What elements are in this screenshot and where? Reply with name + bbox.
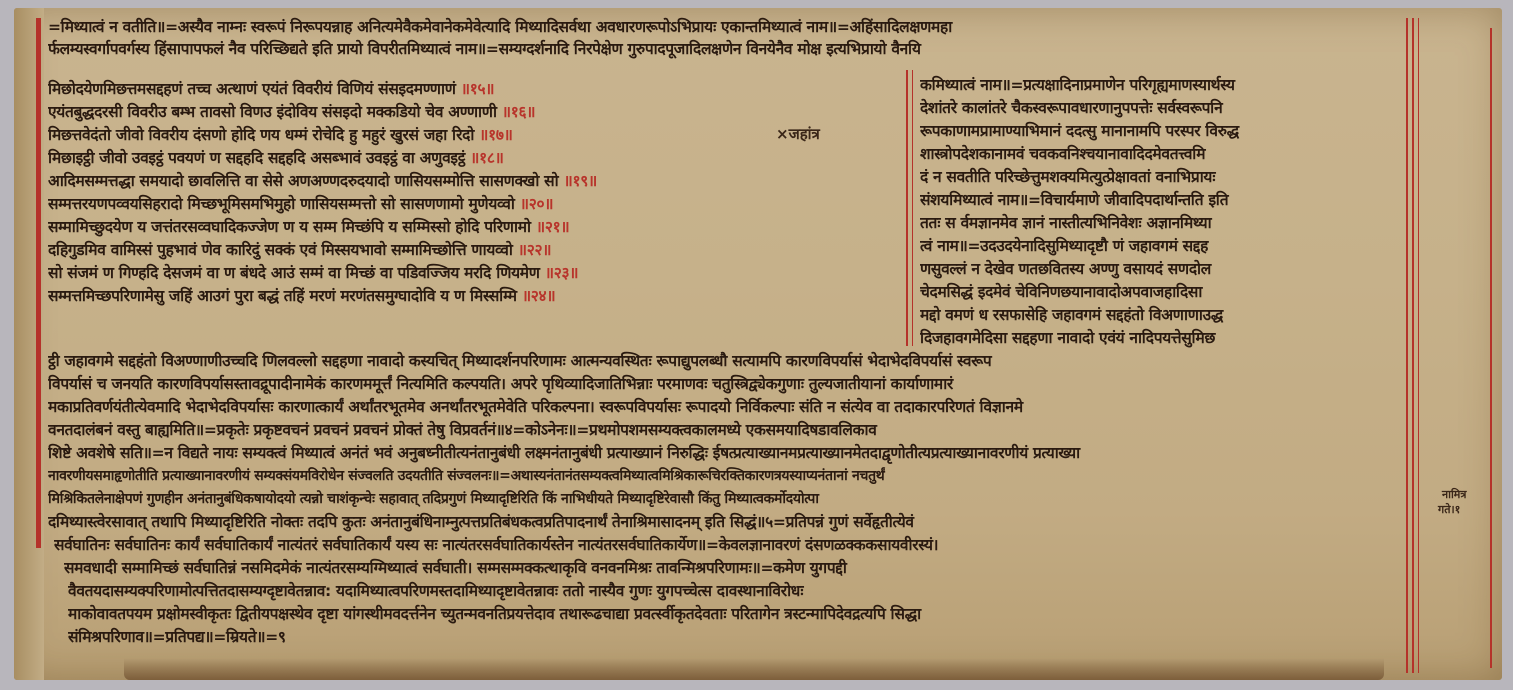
verse-line: दहिगुडमिव वामिस्सं पुहभावं णेव कारिदुं स… [48, 239, 908, 261]
verse-line: मिछत्तवेदंतो जीवो विवरीय दंसणो होदि णय ध… [48, 124, 778, 146]
bottom-line: समवधादी सम्मामिच्छं सर्वघातिन्नं नसमिदमे… [64, 557, 1404, 579]
left-margin-rule [36, 18, 41, 548]
verse-line: सो संजमं ण गिण्हदि देसजमं वा ण बंधदे आउं… [48, 262, 908, 284]
right-margin-rule-2 [1412, 18, 1414, 673]
verse-text: दहिगुडमिव वामिस्सं पुहभावं णेव कारिदुं स… [48, 241, 513, 259]
verse-line: आदिमसम्मत्तद्धा समयादो छावलित्ति वा सेसे… [48, 170, 908, 192]
commentary-line: त्वं नाम॥=उदउदयेनादिसुमिथ्यादृष्टौ णं जह… [920, 235, 1404, 257]
bottom-line: सर्वघातिनः सर्वघातिनः कार्यं सर्वघातिकार… [54, 534, 1404, 556]
verse-text: एयंतबुद्धदरसी विवरीउ बम्भ तावसो विणउ इंद… [48, 103, 497, 121]
verse-number: ॥१८॥ [470, 149, 504, 167]
commentary-line: शास्त्रोपदेशकानामवं चवकवनिश्चयानावादिदमे… [920, 143, 1404, 165]
verse-number: ॥२१॥ [536, 218, 570, 236]
bottom-line: माकोवावतपयम प्रक्षोमस्वीकृतः द्वितीयपक्ष… [68, 603, 1404, 625]
inset-divider-rule-2 [912, 70, 913, 346]
verse-number: ॥१५॥ [461, 80, 495, 98]
bottom-line: मकाप्रतिवर्णयंतीत्येवमादि भेदाभेदविपर्या… [48, 396, 1404, 418]
verse-number: ॥२३॥ [545, 264, 579, 282]
commentary-line: ततः स र्वमज्ञानमेव ज्ञानं नास्तीत्यभिनिव… [920, 212, 1404, 234]
verse-line: सम्मामिच्छुदयेण य जत्तंतरसव्वघादिकज्जेण … [48, 216, 908, 238]
bottom-line: संमिश्रपरिणाव॥=प्रतिपद्य॥=म्रियते॥=९ [68, 626, 668, 648]
commentary-line: दिजहावगमेदिसा सद्दहणा नावादो एवंयं नादिप… [920, 327, 1404, 349]
verse-text: सम्मत्तरयणपव्वयसिहरादो मिच्छभूमिसमभिमुहो… [48, 195, 515, 213]
commentary-line: चेदमसिद्धं इदमेवं चेविनिणछयानावादोअपवाजह… [920, 281, 1404, 303]
verse-text: आदिमसम्मत्तद्धा समयादो छावलित्ति वा सेसे… [48, 172, 558, 190]
bottom-line: विपर्यासं च जनयति कारणविपर्यासस्तावद्रूप… [48, 373, 1404, 395]
margin-note-line-1: नामित्र [1442, 488, 1466, 501]
verse-number: ॥२४॥ [522, 287, 556, 305]
outer-edge-rule [1490, 28, 1492, 668]
manuscript-folio: =मिथ्यात्वं न वतीति॥=अस्यैव नाम्नः स्वरू… [14, 8, 1502, 680]
commentary-line: दं न सवतीति परिच्छेत्तुमशक्यमित्युत्प्रे… [920, 166, 1404, 188]
verse-number: ॥२२॥ [518, 241, 552, 259]
bottom-line: वनतदालंबनं वस्तु बाह्यमिति॥=प्रकृतेः प्र… [48, 419, 1404, 441]
verse-text: मिछोदयेणमिछत्तमसद्दहणं तच्च अत्थाणं एयंत… [48, 80, 456, 98]
verse-number: ॥१६॥ [502, 103, 536, 121]
right-margin-rule-3 [1418, 18, 1419, 673]
commentary-line: संशयमिथ्यात्वं नाम॥=विचार्यमाणे जीवादिपद… [920, 189, 1404, 211]
verse-line: मिछोदयेणमिछत्तमसद्दहणं तच्च अत्थाणं एयंत… [48, 78, 908, 100]
bottom-line: मिश्रिकितलेनाक्षेपणं गुणहीन अनंतानुबंधिक… [48, 488, 1404, 510]
verse-number: ॥२०॥ [520, 195, 554, 213]
right-margin-rule-1 [1406, 18, 1408, 673]
verse-number: ॥१९॥ [563, 172, 597, 190]
verse-text: सम्मामिच्छुदयेण य जत्तंतरसव्वघादिकज्जेण … [48, 218, 531, 236]
commentary-line: मद्दो वमणं ध रसफासेहि जहावगमं सद्दहंतो व… [920, 304, 1404, 326]
margin-note-line-2: गते।१ [1438, 503, 1460, 516]
bottom-line: शिष्टे अवशेषे सति॥=न विद्यते नायः सम्यक्… [48, 442, 1404, 464]
interlinear-note: ×जहांत्र [776, 128, 820, 141]
commentary-line: णसुवल्लं न देखेव णतछवितस्य अण्णु वसायदं … [920, 258, 1404, 280]
top-band-line-1: =मिथ्यात्वं न वतीति॥=अस्यैव नाम्नः स्वरू… [48, 16, 1398, 38]
commentary-line: कमिथ्यात्वं नाम॥=प्रत्यक्षादिनाप्रमाणेन … [920, 74, 1404, 96]
bottom-line: वैवतयदासम्यक्परिणामोत्पत्तितदासम्यग्दृष्… [68, 580, 1404, 602]
verse-line: सम्मत्तरयणपव्वयसिहरादो मिच्छभूमिसमभिमुहो… [48, 193, 908, 215]
verse-text: मिछत्तवेदंतो जीवो विवरीय दंसणो होदि णय ध… [48, 126, 474, 144]
verse-text: सम्मत्तमिच्छपरिणामेसु जहिं आउगं पुरा बद्… [48, 287, 517, 305]
bottom-line: नावरणीयसमाहृणोतीति प्रत्याख्यानावरणीयं स… [48, 465, 1404, 487]
verse-number: ॥१७॥ [479, 126, 513, 144]
bottom-line: दमिथ्यास्त्वेरसावात् तथापि मिथ्यादृष्टिर… [48, 511, 1404, 533]
worn-bottom-edge [124, 658, 1384, 680]
commentary-line: देशांतरे कालांतरे चैकस्वरूपावधारणानुपपत्… [920, 97, 1404, 119]
top-band-line-2: र्फलम्यस्वर्गापवर्गस्य हिंसापापफलं नैव प… [48, 38, 1398, 60]
bottom-line: ट्ठी जहावगमे सद्दहंतो विअण्णाणीउच्चदि णि… [48, 350, 1404, 372]
verse-text: मिछाइट्ठी जीवो उवइट्ठं पवयणं ण सद्दहदि स… [48, 149, 465, 167]
verse-text: सो संजमं ण गिण्हदि देसजमं वा ण बंधदे आउं… [48, 264, 540, 282]
commentary-line: रूपकाणामप्रामाण्याभिमानं ददत्सु मानानामप… [920, 120, 1404, 142]
verse-line: सम्मत्तमिच्छपरिणामेसु जहिं आउगं पुरा बद्… [48, 285, 908, 307]
verse-line: मिछाइट्ठी जीवो उवइट्ठं पवयणं ण सद्दहदि स… [48, 147, 908, 169]
verse-line: एयंतबुद्धदरसी विवरीउ बम्भ तावसो विणउ इंद… [48, 101, 908, 123]
